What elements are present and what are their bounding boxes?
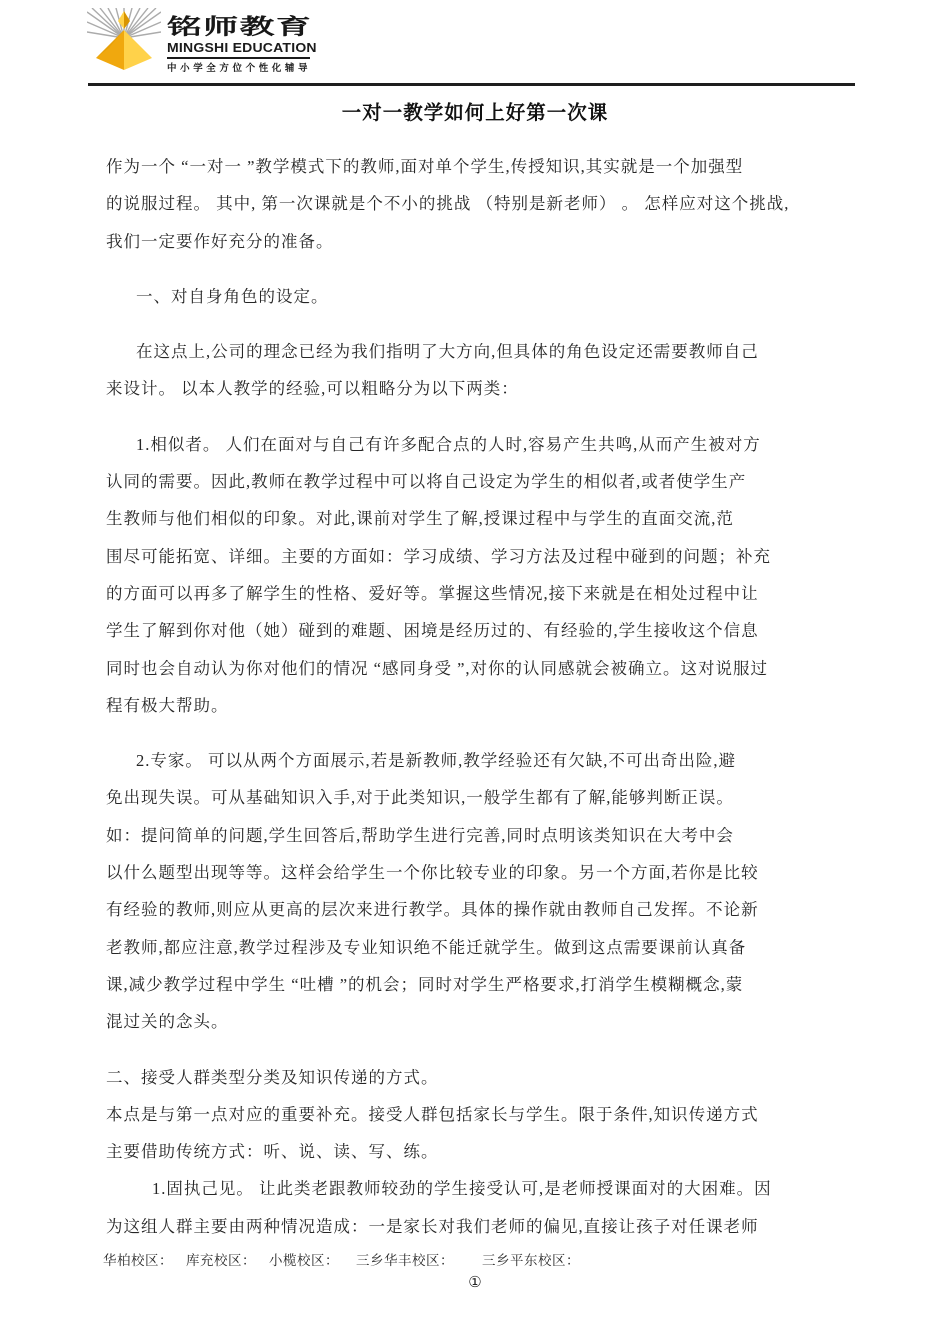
- footer-campus-item: 三乡平东校区：: [482, 1253, 580, 1268]
- brand-tagline: 中小学全方位个性化辅导: [167, 63, 317, 74]
- header: 铭师教育 MINGSHI EDUCATION 中小学全方位个性化辅导: [87, 8, 317, 74]
- logo-text-block: 铭师教育 MINGSHI EDUCATION 中小学全方位个性化辅导: [167, 8, 317, 74]
- paragraph-line: 程有极大帮助。: [106, 687, 848, 724]
- paragraph-line: 2.专家。 可以从两个方面展示,若是新教师,教学经验还有欠缺,不可出奇出险,避: [106, 742, 848, 779]
- header-divider: [88, 83, 855, 86]
- paragraph-line: 课,减少教学过程中学生 “吐槽 ”的机会；同时对学生严格要求,打消学生模糊概念,…: [106, 966, 848, 1003]
- paragraph: 2.专家。 可以从两个方面展示,若是新教师,教学经验还有欠缺,不可出奇出险,避免…: [106, 742, 848, 1040]
- paragraph-line: 有经验的教师,则应从更高的层次来进行教学。具体的操作就由教师自己发挥。不论新: [106, 891, 848, 928]
- paragraph: 在这点上,公司的理念已经为我们指明了大方向,但具体的角色设定还需要教师自己来设计…: [106, 333, 848, 408]
- paragraph-line: 如：提问简单的问题,学生回答后,帮助学生进行完善,同时点明该类知识在大考中会: [106, 817, 848, 854]
- paragraph-line: 1.相似者。 人们在面对与自己有许多配合点的人时,容易产生共鸣,从而产生被对方: [106, 426, 848, 463]
- paragraph-line: 的说服过程。 其中, 第一次课就是个不小的挑战 （特别是新老师） 。 怎样应对这…: [106, 185, 848, 222]
- paragraph-line: 围尽可能拓宽、详细。主要的方面如：学习成绩、学习方法及过程中碰到的问题；补充: [106, 538, 848, 575]
- paragraph: 二、接受人群类型分类及知识传递的方式。: [106, 1059, 848, 1096]
- paragraph-line: 主要借助传统方式：听、说、读、写、练。: [106, 1133, 848, 1170]
- paragraph-line: 作为一个 “一对一 ”教学模式下的教师,面对单个学生,传授知识,其实就是一个加强…: [106, 148, 848, 185]
- paragraph: 1.相似者。 人们在面对与自己有许多配合点的人时,容易产生共鸣,从而产生被对方认…: [106, 426, 848, 724]
- footer-campus-item: 小榄校区：: [269, 1253, 339, 1268]
- paragraph-line: 学生了解到你对他（她）碰到的难题、困境是经历过的、有经验的,学生接收这个信息: [106, 612, 848, 649]
- paragraph-line: 同时也会自动认为你对他们的情况 “感同身受 ”,对你的认同感就会被确立。这对说服…: [106, 650, 848, 687]
- paragraph-line: 以什么题型出现等等。这样会给学生一个你比较专业的印象。另一个方面,若你是比较: [106, 854, 848, 891]
- page-number: ①: [0, 1273, 950, 1292]
- paragraph-line: 老教师,都应注意,教学过程涉及专业知识绝不能迁就学生。做到这点需要课前认真备: [106, 929, 848, 966]
- paragraph-line: 生教师与他们相似的印象。对此,课前对学生了解,授课过程中与学生的直面交流,范: [106, 500, 848, 537]
- paragraph-line: 在这点上,公司的理念已经为我们指明了大方向,但具体的角色设定还需要教师自己: [106, 333, 848, 370]
- paragraph-line: 二、接受人群类型分类及知识传递的方式。: [106, 1059, 848, 1096]
- paragraph-line: 一、对自身角色的设定。: [106, 278, 848, 315]
- brand-name-en: MINGSHI EDUCATION: [167, 41, 335, 55]
- brand-name-cn: 铭师教育: [167, 15, 404, 39]
- paragraph: 1.固执己见。 让此类老跟教师较劲的学生接受认可,是老师授课面对的大困难。因为这…: [106, 1170, 848, 1245]
- footer-campus-item: 库充校区：: [186, 1253, 256, 1268]
- paragraph: 本点是与第一点对应的重要补充。接受人群包括家长与学生。限于条件,知识传递方式主要…: [106, 1096, 848, 1171]
- brand-underline: [167, 57, 310, 59]
- footer-campus-item: 三乡华丰校区：: [356, 1253, 454, 1268]
- paragraph-line: 本点是与第一点对应的重要补充。接受人群包括家长与学生。限于条件,知识传递方式: [106, 1096, 848, 1133]
- paragraph-line: 认同的需要。因此,教师在教学过程中可以将自己设定为学生的相似者,或者使学生产: [106, 463, 848, 500]
- document-body: 作为一个 “一对一 ”教学模式下的教师,面对单个学生,传授知识,其实就是一个加强…: [106, 148, 848, 1245]
- paragraph-line: 我们一定要作好充分的准备。: [106, 223, 848, 260]
- paragraph: 作为一个 “一对一 ”教学模式下的教师,面对单个学生,传授知识,其实就是一个加强…: [106, 148, 848, 260]
- paragraph-line: 为这组人群主要由两种情况造成：一是家长对我们老师的偏见,直接让孩子对任课老师: [106, 1208, 848, 1245]
- paragraph-line: 1.固执己见。 让此类老跟教师较劲的学生接受认可,是老师授课面对的大困难。因: [106, 1170, 848, 1207]
- footer-campus-item: 华柏校区：: [103, 1253, 173, 1268]
- paragraph-line: 混过关的念头。: [106, 1003, 848, 1040]
- pyramid-rays-logo-icon: [87, 8, 161, 74]
- paragraph-line: 免出现失误。可从基础知识入手,对于此类知识,一般学生都有了解,能够判断正误。: [106, 779, 848, 816]
- paragraph-line: 的方面可以再多了解学生的性格、爱好等。掌握这些情况,接下来就是在相处过程中让: [106, 575, 848, 612]
- page-title: 一对一教学如何上好第一次课: [0, 97, 950, 125]
- paragraph: 一、对自身角色的设定。: [106, 278, 848, 315]
- campus-list: 华柏校区：库充校区：小榄校区：三乡华丰校区：三乡平东校区：: [103, 1249, 593, 1269]
- paragraph-line: 来设计。 以本人教学的经验,可以粗略分为以下两类：: [106, 370, 848, 407]
